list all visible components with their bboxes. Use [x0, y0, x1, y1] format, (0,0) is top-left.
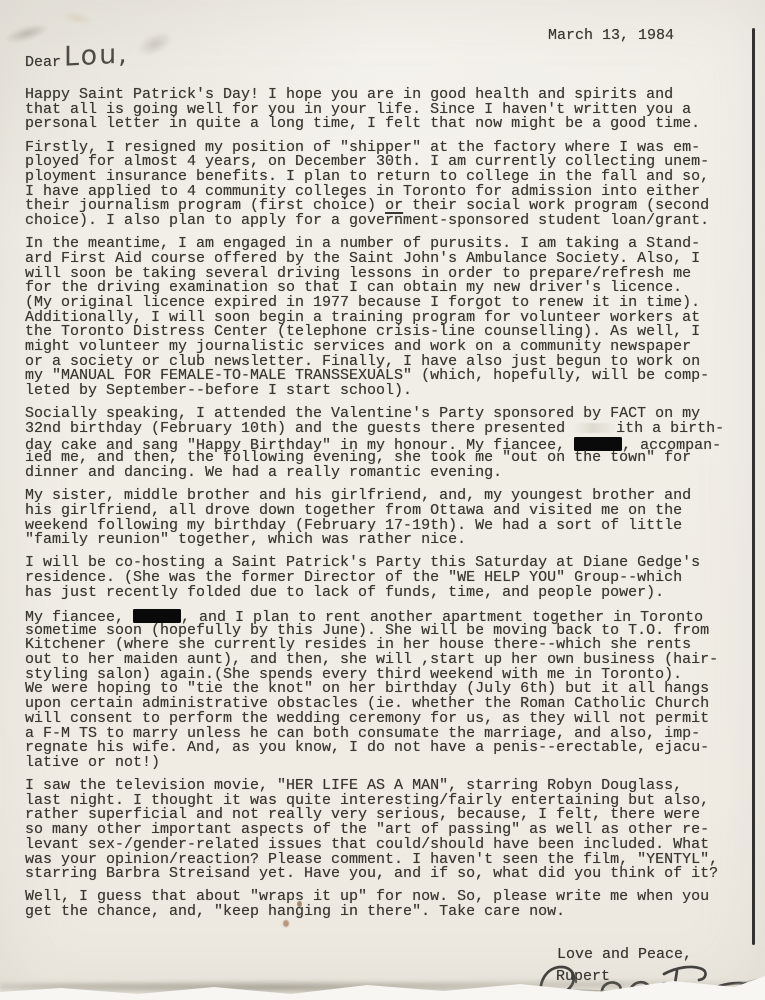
- letter-line: choice). I also plan to apply for a gove…: [25, 214, 747, 229]
- stain-speck: [283, 920, 289, 927]
- letter-line: leted by September--before I start schoo…: [25, 384, 747, 399]
- salutation-handwritten-name: Lou,: [64, 38, 129, 72]
- scan-edge-line: [752, 28, 755, 945]
- letter-line: get the chance, and, "keep hanging in th…: [25, 905, 747, 920]
- stain-speck: [297, 901, 302, 907]
- redaction-box: [133, 609, 181, 623]
- letter-paragraph: My fiancee, , and I plan to rent another…: [25, 609, 747, 771]
- letter-paragraph: I will be co-hosting a Saint Patrick's P…: [25, 556, 747, 600]
- letter-paragraph: Socially speaking, I attended the Valent…: [25, 407, 747, 480]
- scanned-letter: March 13, 1984 Dear Lou, Happy Saint Pat…: [0, 0, 765, 1000]
- letter-line: lative or not!): [25, 756, 747, 771]
- letter-page: March 13, 1984 Dear Lou, Happy Saint Pat…: [0, 0, 765, 1000]
- pencil-smudge: [134, 27, 177, 61]
- letter-paragraph: My sister, middle brother and his girlfr…: [25, 489, 747, 548]
- letter-line: "family reunion" together, which was rat…: [25, 533, 747, 548]
- letter-line: personal letter in quite a long time, I …: [25, 117, 747, 132]
- letter-paragraph: Happy Saint Patrick's Day! I hope you ar…: [25, 88, 747, 132]
- letter-date: March 13, 1984: [548, 27, 674, 44]
- letter-paragraph: Well, I guess that about "wraps it up" f…: [25, 890, 747, 919]
- letter-body: Happy Saint Patrick's Day! I hope you ar…: [25, 88, 747, 928]
- letter-paragraph: I saw the television movie, "HER LIFE AS…: [25, 779, 747, 882]
- erasure-mark: [574, 423, 616, 433]
- letter-line: has just recently folded due to lack of …: [25, 586, 747, 601]
- salutation-dear: Dear: [25, 54, 61, 71]
- letter-line: dinner and dancing. We had a really roma…: [25, 466, 747, 481]
- letter-paragraph: In the meantime, I am engaged in a numbe…: [25, 237, 747, 399]
- letter-line: starring Barbra Streisand yet. Have you,…: [25, 867, 747, 882]
- paper-blemish: [61, 9, 93, 27]
- torn-edge-wrinkles: [0, 960, 765, 1000]
- letter-line: 32nd birthday (February 10th) and the gu…: [25, 422, 747, 437]
- letter-paragraph: Firstly, I resigned my position of "ship…: [25, 141, 747, 229]
- pencil-smudge: [3, 20, 51, 47]
